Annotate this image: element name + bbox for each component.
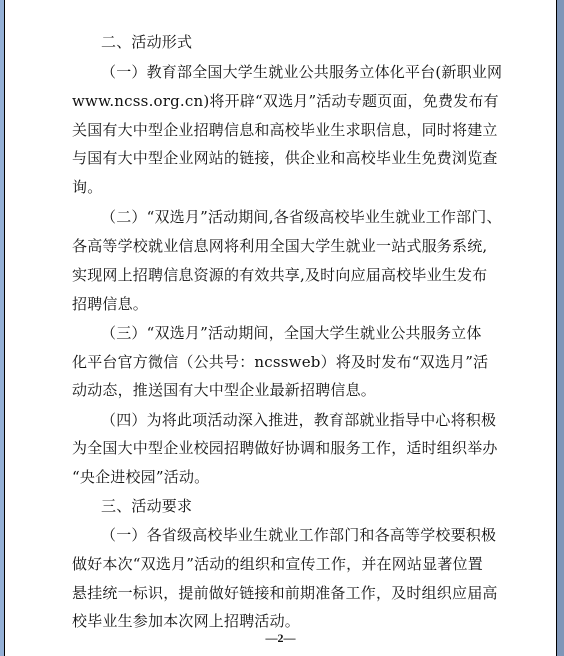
page-number: —2— (5, 631, 556, 646)
paragraph-line: 校毕业生参加本次网上招聘活动。 (72, 612, 300, 630)
paragraph-line: 实现网上招聘信息资源的有效共享,及时向应届高校毕业生发布 (72, 266, 458, 284)
window-frame-right (557, 0, 564, 656)
paragraph-line: 化平台官方微信（公共号：ncssweb）将及时发布“双选月”活 (72, 353, 458, 371)
paragraph-line: 关国有大中型企业招聘信息和高校毕业生求职信息，同时将建立 (72, 121, 458, 139)
paragraph-line: （一）教育部全国大学生就业公共服务立体化平台(新职业网 (101, 63, 458, 81)
paragraph-line: （四）为将此项活动深入推进，教育部就业指导中心将积极 (101, 411, 458, 429)
paragraph-line: 做好本次“双选月”活动的组织和宣传工作，并在网站显著位置 (72, 555, 458, 573)
document-page: 二、活动形式 （一）教育部全国大学生就业公共服务立体化平台(新职业网 www.n… (5, 0, 556, 656)
paragraph-line: （二）“双选月”活动期间,各省级高校毕业生就业工作部门、 (101, 208, 458, 226)
paragraph-line: 悬挂统一标识，提前做好链接和前期准备工作，及时组织应届高 (72, 584, 458, 602)
section-heading: 三、活动要求 (101, 497, 192, 515)
paragraph-line: www.ncss.org.cn)将开辟“双选月”活动专题页面，免费发布有 (72, 92, 458, 110)
paragraph-line: 招聘信息。 (72, 295, 148, 313)
section-heading: 二、活动形式 (101, 33, 192, 51)
paragraph-line: 与国有大中型企业网站的链接，供企业和高校毕业生免费浏览查 (72, 149, 458, 167)
paragraph-line: （一）各省级高校毕业生就业工作部门和各高等学校要积极 (101, 526, 458, 544)
paragraph-line: 动动态，推送国有大中型企业最新招聘信息。 (72, 381, 376, 399)
paragraph-line: 询。 (72, 178, 102, 196)
paragraph-line: 各高等学校就业信息网将利用全国大学生就业一站式服务系统, (72, 237, 458, 255)
page-border-right (556, 0, 557, 656)
paragraph-line: 为全国大中型企业校园招聘做好协调和服务工作，适时组织举办 (72, 439, 458, 457)
paragraph-line: “央企进校园”活动。 (72, 468, 209, 486)
paragraph-line: （三）“双选月”活动期间，全国大学生就业公共服务立体 (101, 324, 458, 342)
